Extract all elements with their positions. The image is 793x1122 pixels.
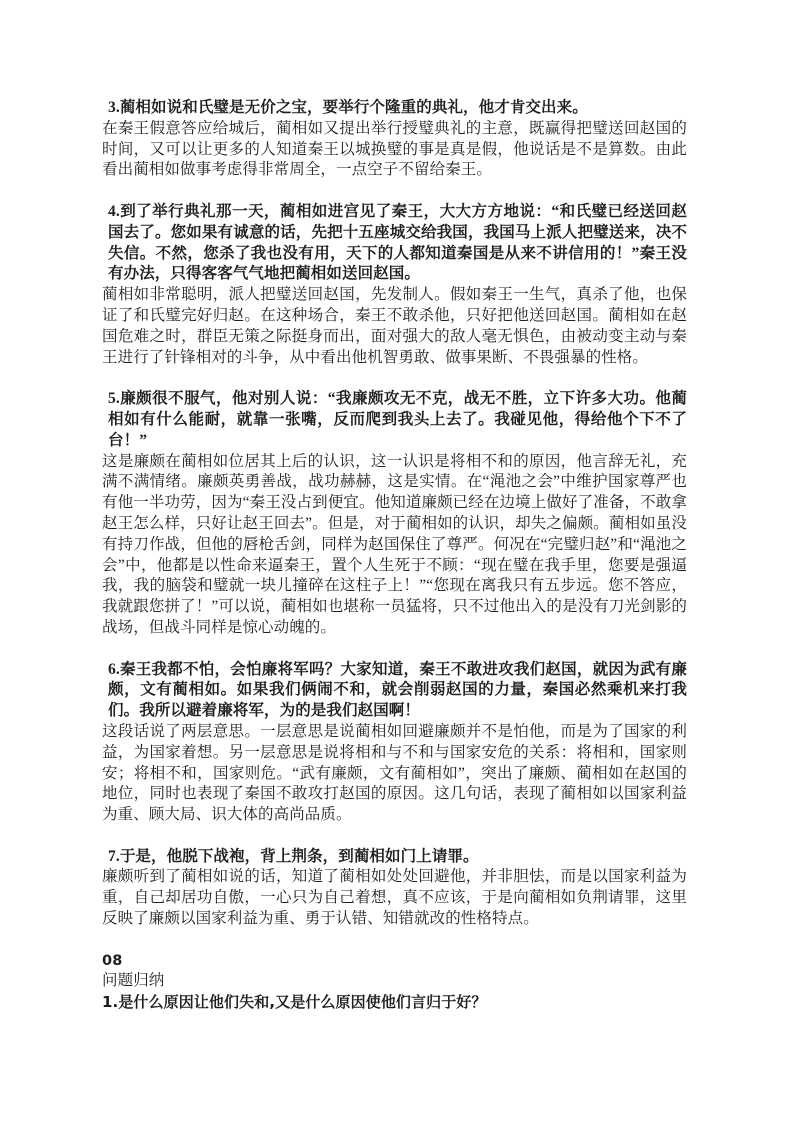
document-page: 3.蔺相如说和氏璧是无价之宝，要举行个隆重的典礼，他才肯交出来。 在秦王假意答应… — [0, 0, 793, 1122]
footer-section-number: 08 — [102, 951, 687, 972]
section-6-body: 这段话说了两层意思。一层意思是说蔺相如回避廉颇并不是怕他，而是为了国家的利益，为… — [102, 722, 687, 826]
section-7-heading: 7.于是，他脱下战袍，背上荆条，到蔺相如门上请罪。 — [102, 847, 687, 868]
document-content: 3.蔺相如说和氏璧是无价之宝，要举行个隆重的典礼，他才肯交出来。 在秦王假意答应… — [102, 98, 687, 1013]
section-3-heading: 3.蔺相如说和氏璧是无价之宝，要举行个隆重的典礼，他才肯交出来。 — [102, 98, 687, 119]
section-5-heading: 5.廉颇很不服气，他对别人说：“我廉颇攻无不克，战无不胜，立下许多大功。他蔺相如… — [102, 389, 687, 451]
section-7: 7.于是，他脱下战袍，背上荆条，到蔺相如门上请罪。 廉颇听到了蔺相如说的话，知道… — [102, 847, 687, 930]
section-5-body: 这是廉颇在蔺相如位居其上后的认识，这一认识是将相不和的原因，他言辞无礼，充满不满… — [102, 452, 687, 639]
section-4-heading: 4.到了举行典礼那一天，蔺相如进宫见了秦王，大大方方地说：“和氏璧已经送回赵国去… — [102, 202, 687, 285]
section-6: 6.秦王我都不怕，会怕廉将军吗？大家知道，秦王不敢进攻我们赵国，就因为武有廉颇，… — [102, 660, 687, 826]
footer-block: 08 问题归纳 1.是什么原因让他们失和,又是什么原因使他们言归于好？ — [102, 951, 687, 1013]
section-4: 4.到了举行典礼那一天，蔺相如进宫见了秦王，大大方方地说：“和氏璧已经送回赵国去… — [102, 202, 687, 368]
section-6-heading: 6.秦王我都不怕，会怕廉将军吗？大家知道，秦王不敢进攻我们赵国，就因为武有廉颇，… — [102, 660, 687, 722]
section-4-body: 蔺相如非常聪明，派人把璧送回赵国，先发制人。假如秦王一生气，真杀了他，也保证了和… — [102, 285, 687, 368]
footer-question: 1.是什么原因让他们失和,又是什么原因使他们言归于好？ — [102, 992, 687, 1013]
section-5: 5.廉颇很不服气，他对别人说：“我廉颇攻无不克，战无不胜，立下许多大功。他蔺相如… — [102, 389, 687, 639]
section-3: 3.蔺相如说和氏璧是无价之宝，要举行个隆重的典礼，他才肯交出来。 在秦王假意答应… — [102, 98, 687, 181]
section-3-body: 在秦王假意答应给城后，蔺相如又提出举行授璧典礼的主意，既赢得把璧送回赵国的时间，… — [102, 119, 687, 181]
footer-section-title: 问题归纳 — [102, 971, 687, 992]
section-7-body: 廉颇听到了蔺相如说的话，知道了蔺相如处处回避他，并非胆怯，而是以国家利益为重，自… — [102, 867, 687, 929]
